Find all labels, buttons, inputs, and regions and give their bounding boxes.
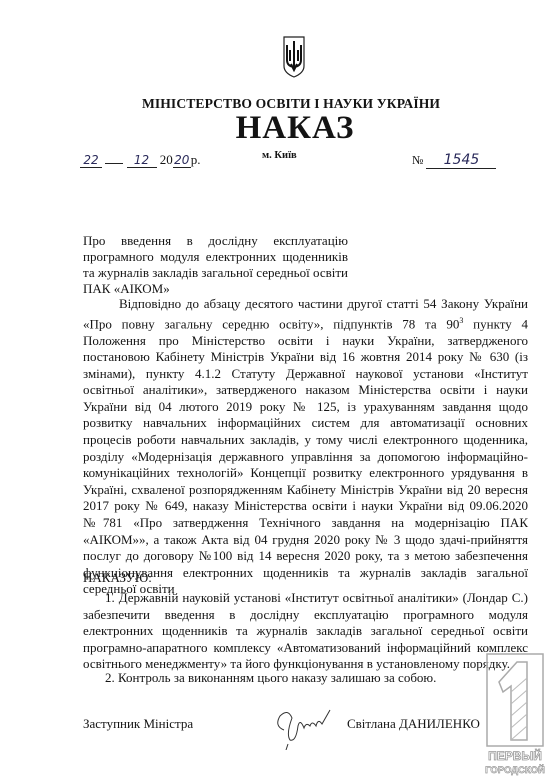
handwritten-signature [270,700,340,750]
date-month: 12 [127,153,157,168]
order-item-1: 1. Державній науковій установі «Інститут… [83,590,528,673]
date-year-mark: р. [191,152,201,167]
date-year-prefix: 20 [160,152,173,167]
svg-text:ПЕРВЫЙ: ПЕРВЫЙ [488,748,542,763]
document-type: НАКАЗ [0,110,552,147]
order-label: НАКАЗУЮ: [83,570,152,586]
order-title: Про введення в дослідну експлуатацію про… [83,233,348,297]
coat-of-arms-icon [283,36,305,78]
order-item-2: 2. Контроль за виконанням цього наказу з… [83,670,528,687]
date-day: 22 [80,153,102,168]
number-label: № [412,153,423,167]
order-date: 22 12 2020р. [80,152,201,168]
svg-text:ГОРОДСКОЙ: ГОРОДСКОЙ [485,764,545,776]
signatory-position: Заступник Міністра [83,716,193,732]
signatory-name: Світлана ДАНИЛЕНКО [347,716,480,732]
preamble: Відповідно до абзацу десятого частини др… [83,296,528,598]
city: м. Київ [262,150,297,161]
order-number: № 1545 [412,152,496,169]
date-year-suffix: 20 [173,153,191,168]
number-value: 1545 [426,152,496,169]
watermark-logo: ПЕРВЫЙ ГОРОДСКОЙ [483,652,547,778]
